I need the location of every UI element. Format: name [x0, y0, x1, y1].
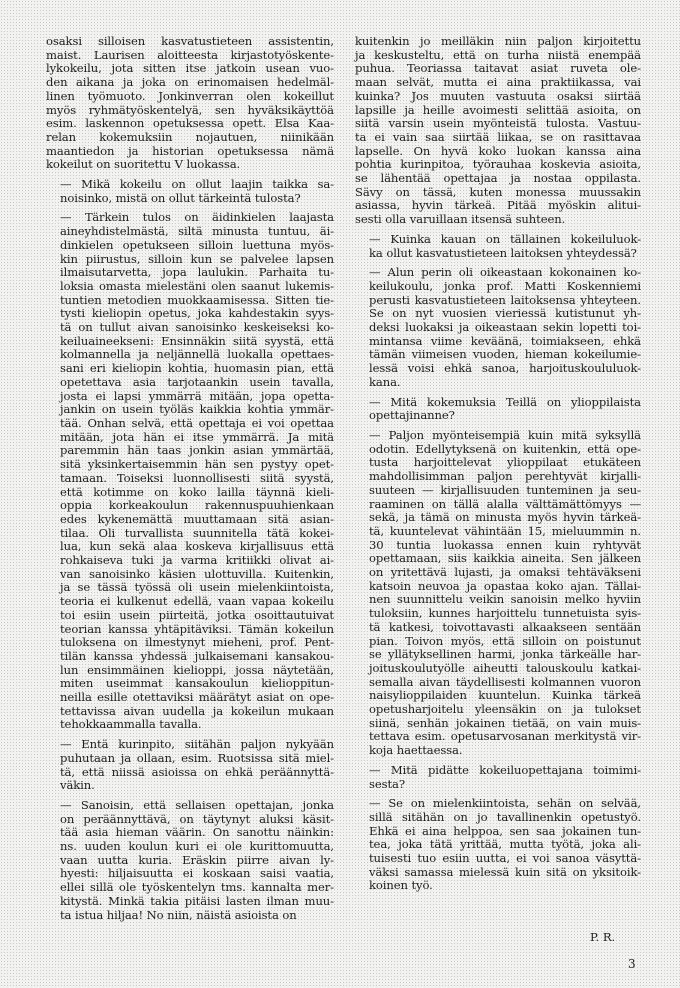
text-line: siinä, senhän jokainen tietää, on vain m…: [355, 717, 641, 731]
text-line: koja haettaessa.: [355, 744, 641, 758]
text-line: lapselle. On hyvä koko luokan kanssa ain…: [355, 145, 641, 159]
text-line: kin piirustus, silloin kun se palvelee l…: [46, 253, 334, 267]
left-column: osaksi silloisen kasvatustieteen assiste…: [46, 35, 334, 928]
text-line: noisinko, mistä on ollut tärkeintä tulos…: [46, 192, 334, 206]
text-line: jankin on usein työläs kaikkia kohtia ym…: [46, 403, 334, 417]
text-line: tettavissa aivan uudella ja kokeilun muk…: [46, 705, 334, 719]
text-line: kana.: [355, 376, 641, 390]
paragraph: — Se on mielenkiintoista, sehän on selvä…: [355, 797, 641, 893]
text-line: toi esiin usein piirteitä, jotka osoitta…: [46, 609, 334, 623]
paragraph: — Mikä kokeilu on ollut laajin taikka sa…: [46, 178, 334, 205]
text-line: pian. Toivon myös, että silloin on poist…: [355, 635, 641, 649]
text-line: mahdollisimman paljon perehtyvät kirjall…: [355, 470, 641, 484]
text-line: tilän kanssa yhdessä julkaisemani kansak…: [46, 650, 334, 664]
text-line: tysti kieliopin opetus, joka kahdestakin…: [46, 307, 334, 321]
text-line: sesti olla varuillaan itsensä suhteen.: [355, 213, 641, 227]
text-line: tuntien metodien muokkaamisessa. Sitten …: [46, 294, 334, 308]
text-line: katsoin neuvoa ja opastaa koko ajan. Täl…: [355, 580, 641, 594]
text-line: sesta?: [355, 778, 641, 792]
text-line: se yllätyksellinen harmi, jonka tärkeäll…: [355, 648, 641, 662]
text-line: opetusharjoitelu yleensäkin on ja tuloks…: [355, 703, 641, 717]
text-line: ilmaisutarvetta, jopa laulukin. Parhaita…: [46, 266, 334, 280]
text-line: Sävy on tässä, kuten monessa muussakin: [355, 186, 641, 200]
text-line: oppia korkeakoulun rakennuspuuhienkaan: [46, 499, 334, 513]
document-page: osaksi silloisen kasvatustieteen assiste…: [0, 0, 680, 988]
text-line: koinen työ.: [355, 879, 641, 893]
text-line: lua, kun sekä alaa koskeva kirjallisuus …: [46, 540, 334, 554]
text-line: ta ei vain saa siirtää liikaa, se on ras…: [355, 131, 641, 145]
text-line: tämän viimeisen vuoden, hieman kokeilumi…: [355, 348, 641, 362]
text-line: kokeilut on suoritettu V luokassa.: [46, 158, 334, 172]
text-line: esim. laskennon opetuksessa opett. Elsa …: [46, 117, 334, 131]
page-number: 3: [628, 957, 636, 971]
text-line: ja se tässä työssä oli usein mielenkiint…: [46, 581, 334, 595]
text-line: tuloksiin, kunnes harjoittelu tunnetuist…: [355, 607, 641, 621]
text-line: kolmannella ja neljännellä luokalla opet…: [46, 348, 334, 362]
text-line: hyesti: hiljaisuutta ei koskaan saisi va…: [46, 867, 334, 881]
text-line: 30 tuntia luokassa ennen kuin ryhtyvät: [355, 539, 641, 553]
text-line: tilaa. Oli turvallista suunnitella tätä …: [46, 527, 334, 541]
text-line: — Mitä pidätte kokeiluopettajana toimimi…: [355, 764, 641, 778]
text-line: on yritettävä lujasti, ja omaksi tehtävä…: [355, 566, 641, 580]
text-line: tuisesti tuo esiin uutta, ei voi sanoa v…: [355, 852, 641, 866]
text-line: mintansa viime keväänä, toimiakseen, ehk…: [355, 335, 641, 349]
text-line: tea, joka tätä yrittää, mutta työtä, jok…: [355, 838, 641, 852]
paragraph: — Mitä pidätte kokeiluopettajana toimimi…: [355, 764, 641, 791]
paragraph: — Tärkein tulos on äidinkielen laajastaa…: [46, 211, 334, 732]
text-line: tä on tullut aivan sanoisinko keskeiseks…: [46, 321, 334, 335]
text-line: maantiedon ja historian opetuksessa nämä: [46, 145, 334, 159]
text-line: tuloksena on ilmestynyt mieheni, prof. P…: [46, 636, 334, 650]
text-line: opetettava asia tarjotaankin usein taval…: [46, 376, 334, 390]
paragraph: — Sanoisin, että sellaisen opettajan, jo…: [46, 799, 334, 922]
text-line: vaan uutta kuria. Eräskin piirre aivan l…: [46, 854, 334, 868]
text-line: ja keskusteltu, että on turha niistä ene…: [355, 49, 641, 63]
text-line: kuitenkin jo meilläkin niin paljon kirjo…: [355, 35, 641, 49]
text-line: väksi samassa mielessä kuin sitä on yksi…: [355, 866, 641, 880]
text-line: joituskoulutyölle aiheutti talouskoulu k…: [355, 662, 641, 676]
text-line: — Sanoisin, että sellaisen opettajan, jo…: [46, 799, 334, 813]
text-line: puhua. Teoriassa taitavat asiat ruveta o…: [355, 62, 641, 76]
text-line: keilukoulu, jonka prof. Matti Koskenniem…: [355, 280, 641, 294]
paragraph: kuitenkin jo meilläkin niin paljon kirjo…: [355, 35, 641, 227]
text-line: tää asia hieman väärin. On sanottu näink…: [46, 826, 334, 840]
text-line: raaminen on tällä alalla välttämättömyys…: [355, 498, 641, 512]
text-line: rohkaiseva tuki ja varma kritiikki oliva…: [46, 554, 334, 568]
text-line: on peräännyttävä, on täytynyt aluksi käs…: [46, 813, 334, 827]
text-line: linen työmuoto. Jonkinverran olen kokeil…: [46, 90, 334, 104]
text-line: miten useimmat kansakoulun kielioppitun-: [46, 677, 334, 691]
text-line: osaksi silloisen kasvatustieteen assiste…: [46, 35, 334, 49]
text-line: ta istua hiljaa! No niin, näistä asioist…: [46, 909, 334, 923]
text-line: den aikana ja joka on erinomaisen hedelm…: [46, 76, 334, 90]
paragraph: — Alun perin oli oikeastaan kokonainen k…: [355, 266, 641, 389]
text-line: opettajinanne?: [355, 409, 641, 423]
text-line: lun ensimmäinen kielioppi, jossa näytetä…: [46, 664, 334, 678]
text-line: — Mikä kokeilu on ollut laajin taikka sa…: [46, 178, 334, 192]
text-line: sitä yksinkertaisemmin hän sen pystyy op…: [46, 458, 334, 472]
text-line: naisylioppilaiden kuuntelun. Kuinka tärk…: [355, 689, 641, 703]
text-line: — Mitä kokemuksia Teillä on ylioppilaist…: [355, 396, 641, 410]
text-line: siitä varsin usein myönteistä tulosta. V…: [355, 117, 641, 131]
text-line: aineyhdistelmästä, siltä minusta tuntuu,…: [46, 225, 334, 239]
text-line: kitystä. Minkä takia pitäisi lasten ilma…: [46, 895, 334, 909]
text-line: — Se on mielenkiintoista, sehän on selvä…: [355, 797, 641, 811]
text-line: lapsille ja heille avoimesti selittää as…: [355, 104, 641, 118]
text-line: suuteen — kirjallisuuden tunteminen ja s…: [355, 484, 641, 498]
paragraph: — Kuinka kauan on tällainen kokeiluluok-…: [355, 233, 641, 260]
text-line: väkin.: [46, 779, 334, 793]
text-line: tä katkesi, toivottavasti alkaakseen sen…: [355, 621, 641, 635]
text-line: se lähentää opettajaa ja nostaa oppilast…: [355, 172, 641, 186]
text-line: myös ryhmätyöskentelyä, sen hyväksikäytt…: [46, 104, 334, 118]
paragraph: — Mitä kokemuksia Teillä on ylioppilaist…: [355, 396, 641, 423]
text-line: neilla esille otettaviksi määrätyt asiat…: [46, 691, 334, 705]
text-line: kuinka? Jos muuten vastuuta osaksi siirt…: [355, 90, 641, 104]
text-line: tehokkaammalla tavalla.: [46, 718, 334, 732]
text-line: edes kykenemättä muuttamaan sitä asian-: [46, 513, 334, 527]
text-line: perusti kasvatustieteen laitoksensa yhte…: [355, 294, 641, 308]
text-line: lessä voisi ehkä sanoa, harjoituskoululu…: [355, 362, 641, 376]
text-line: josta ei lapsi ymmärrä mitään, jopa opet…: [46, 390, 334, 404]
text-line: asiassa, hyvin tärkeä. Pitää myöskin ali…: [355, 199, 641, 213]
text-line: odotin. Edellytyksenä on kuitenkin, että…: [355, 443, 641, 457]
paragraph: osaksi silloisen kasvatustieteen assiste…: [46, 35, 334, 172]
author-signature: P. R.: [590, 930, 615, 944]
text-line: dinkielen opetukseen silloin luettuna my…: [46, 239, 334, 253]
right-column: kuitenkin jo meilläkin niin paljon kirjo…: [355, 35, 641, 899]
paragraph: — Entä kurinpito, siitähän paljon nykyää…: [46, 738, 334, 793]
text-line: tamaan. Toiseksi luonnollisesti siitä sy…: [46, 472, 334, 486]
text-line: opettamaan, siis kaikkia aineita. Sen jä…: [355, 552, 641, 566]
text-line: Ehkä ei aina helppoa, sen saa jokainen t…: [355, 825, 641, 839]
paragraph: — Paljon myönteisempiä kuin mitä syksyll…: [355, 429, 641, 758]
text-line: sillä sitähän on jo tavallinenkin opetus…: [355, 811, 641, 825]
text-line: teorian kanssa yhtäpitäviksi. Tämän koke…: [46, 623, 334, 637]
text-line: — Paljon myönteisempiä kuin mitä syksyll…: [355, 429, 641, 443]
text-line: — Tärkein tulos on äidinkielen laajasta: [46, 211, 334, 225]
text-line: pohtia kurinpitoa, työrauhaa koskevia as…: [355, 158, 641, 172]
text-line: Se on nyt vuosien vieriessä kutistunut y…: [355, 307, 641, 321]
text-line: sani eri kieliopin kohtia, huomasin pian…: [46, 362, 334, 376]
text-line: relan kokemuksiin nojautuen, niinikään: [46, 131, 334, 145]
text-line: teoria ei kulkenut edellä, vaan vapaa ko…: [46, 595, 334, 609]
text-line: nen suunnittelu veikin sanoisin melko hy…: [355, 593, 641, 607]
text-line: — Alun perin oli oikeastaan kokonainen k…: [355, 266, 641, 280]
text-line: lykokeilu, jota sitten itse jatkoin usea…: [46, 62, 334, 76]
text-line: ka ollut kasvatustieteen laitoksen yhtey…: [355, 247, 641, 261]
text-line: mitään, jota hän ei itse ymmärrä. Ja mit…: [46, 431, 334, 445]
text-line: tä, kuuntelevat vähintään 15, mieluummin…: [355, 525, 641, 539]
text-line: loksia omasta mielestäni olen saanut luk…: [46, 280, 334, 294]
text-line: keiluaineekseni: Ensinnäkin siitä syystä…: [46, 335, 334, 349]
text-line: että kotimme on koko lailla täynnä kieli…: [46, 486, 334, 500]
text-line: maan selvät, mutta ei aina praktiikassa,…: [355, 76, 641, 90]
text-line: maist. Laurisen aloitteesta kirjastotyös…: [46, 49, 334, 63]
text-line: tää. Onhan selvä, että opettaja ei voi o…: [46, 417, 334, 431]
text-line: semalla aivan täydellisesti kolmannen vu…: [355, 676, 641, 690]
text-line: tä, että niissä asioissa on ehkä peräänn…: [46, 766, 334, 780]
text-line: — Entä kurinpito, siitähän paljon nykyää…: [46, 738, 334, 752]
text-line: deksi luokaksi ja oikeastaan sekin lopet…: [355, 321, 641, 335]
text-line: — Kuinka kauan on tällainen kokeiluluok-: [355, 233, 641, 247]
text-line: paremmin hän taas jonkin asian ymmärtää,: [46, 444, 334, 458]
text-line: ns. uuden koulun kuri ei ole kurittomuut…: [46, 840, 334, 854]
text-line: ellei sillä ole työskentelyn tms. kannal…: [46, 881, 334, 895]
text-line: tusta harjoittelevat ylioppilaat etukäte…: [355, 456, 641, 470]
text-line: van sanoisinko käsien ulottuvilla. Kuite…: [46, 568, 334, 582]
text-line: puhutaan ja ollaan, esim. Ruotsissa sitä…: [46, 752, 334, 766]
text-line: tettava esim. opetusarvosanan merkitystä…: [355, 730, 641, 744]
text-line: sekä, ja tämä on minusta myös hyvin tärk…: [355, 511, 641, 525]
